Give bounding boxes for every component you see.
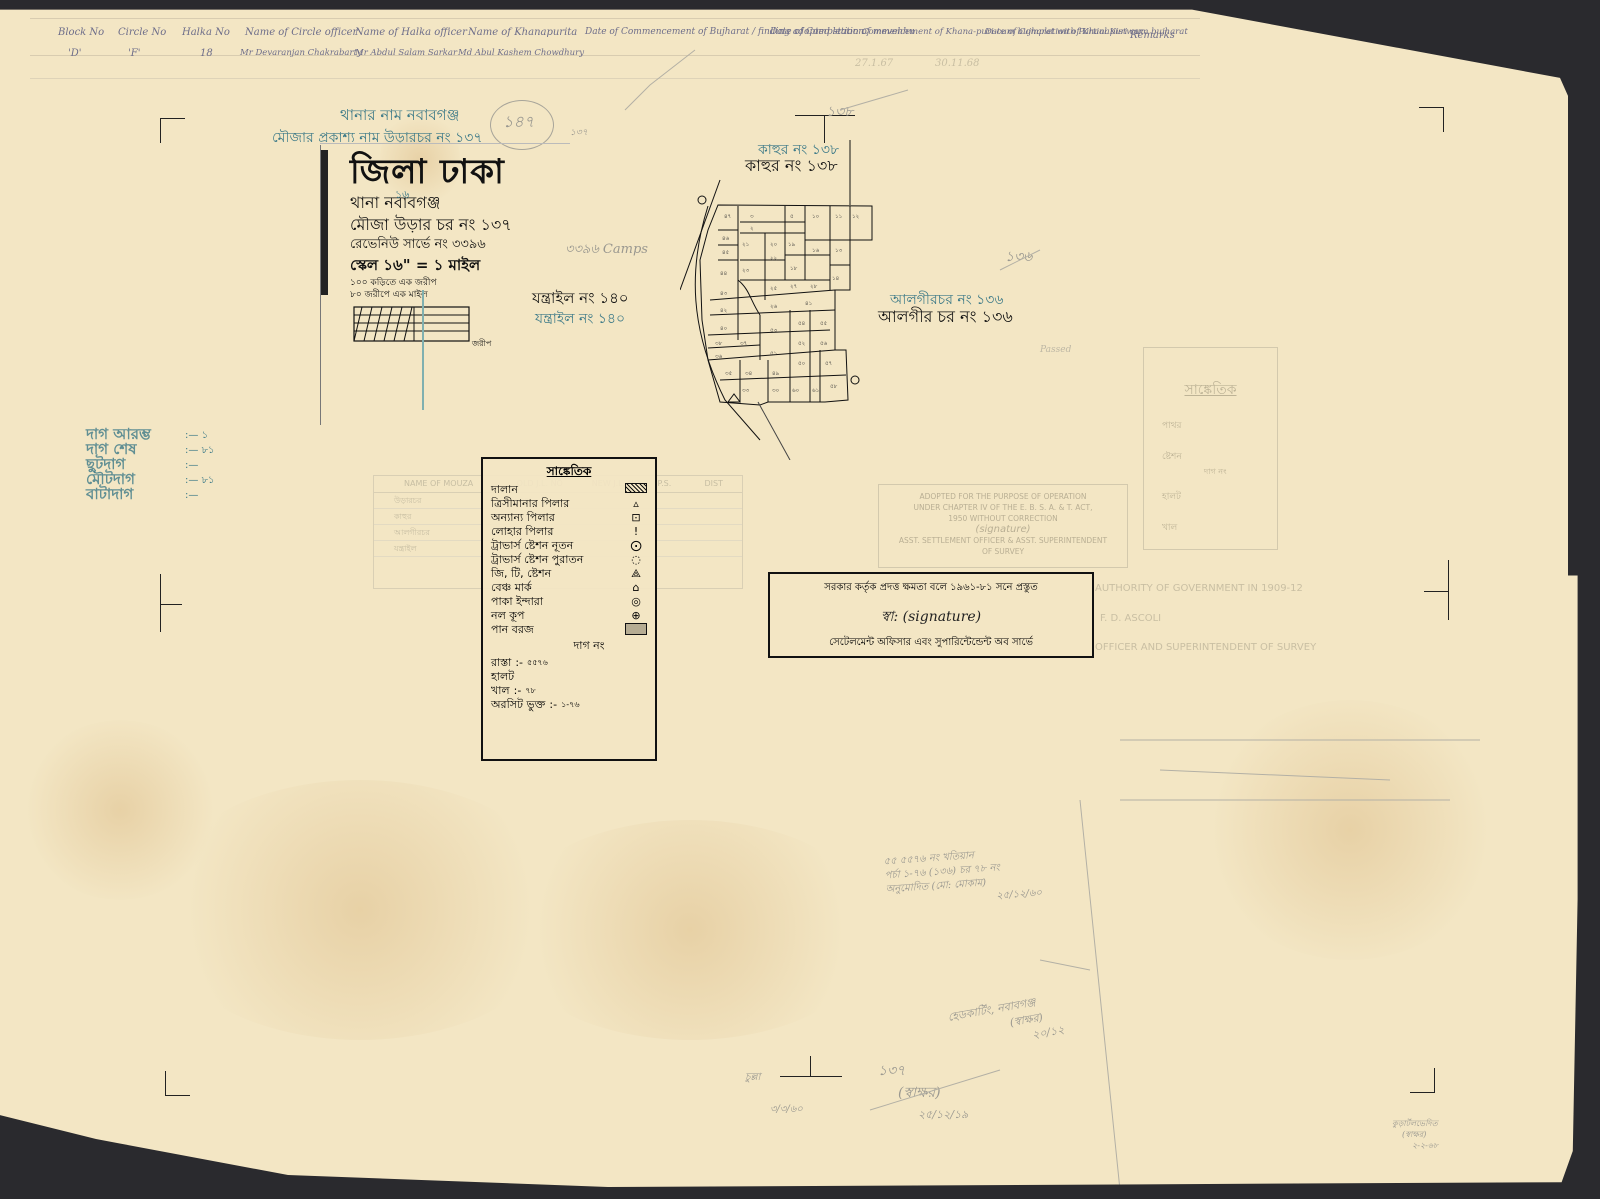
map-sheet: Block No Circle No Halka No Name of Circ…	[0, 0, 1600, 1199]
pencil-lines	[0, 0, 1600, 1199]
